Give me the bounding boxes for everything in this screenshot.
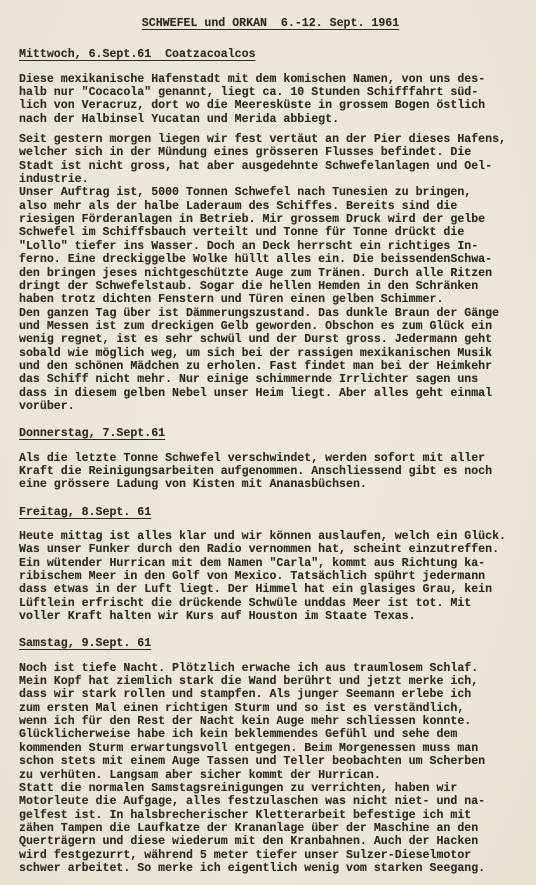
section-heading-text: Mittwoch, 6.Sept.61 Coatzacoalcos (19, 48, 256, 61)
section-heading-text: Freitag, 8.Sept. 61 (19, 506, 151, 519)
page-title-text: SCHWEFEL und ORKAN 6.-12. Sept. 1961 (142, 17, 399, 30)
paragraph: Noch ist tiefe Nacht. Plötzlich erwache … (19, 662, 522, 876)
journal-sections: Mittwoch, 6.Sept.61 CoatzacoalcosDiese m… (19, 48, 522, 875)
paragraph: Als die letzte Tonne Schwefel verschwind… (19, 452, 522, 492)
journal-section: Donnerstag, 7.Sept.61Als die letzte Tonn… (19, 427, 522, 491)
section-heading: Donnerstag, 7.Sept.61 (19, 427, 522, 440)
page-title: SCHWEFEL und ORKAN 6.-12. Sept. 1961 (19, 17, 522, 30)
paragraph: Seit gestern morgen liegen wir fest vert… (19, 133, 522, 413)
document-page: SCHWEFEL und ORKAN 6.-12. Sept. 1961 Mit… (0, 0, 536, 885)
journal-section: Freitag, 8.Sept. 61Heute mittag ist alle… (19, 506, 522, 624)
section-heading: Samstag, 9.Sept. 61 (19, 637, 522, 650)
section-heading: Freitag, 8.Sept. 61 (19, 506, 522, 519)
paragraph: Heute mittag ist alles klar und wir könn… (19, 530, 522, 623)
paragraph: Diese mexikanische Hafenstadt mit dem ko… (19, 73, 522, 126)
journal-section: Mittwoch, 6.Sept.61 CoatzacoalcosDiese m… (19, 48, 522, 413)
journal-section: Samstag, 9.Sept. 61Noch ist tiefe Nacht.… (19, 637, 522, 875)
section-heading-text: Samstag, 9.Sept. 61 (19, 637, 151, 650)
section-heading-text: Donnerstag, 7.Sept.61 (19, 427, 165, 440)
section-heading: Mittwoch, 6.Sept.61 Coatzacoalcos (19, 48, 522, 61)
